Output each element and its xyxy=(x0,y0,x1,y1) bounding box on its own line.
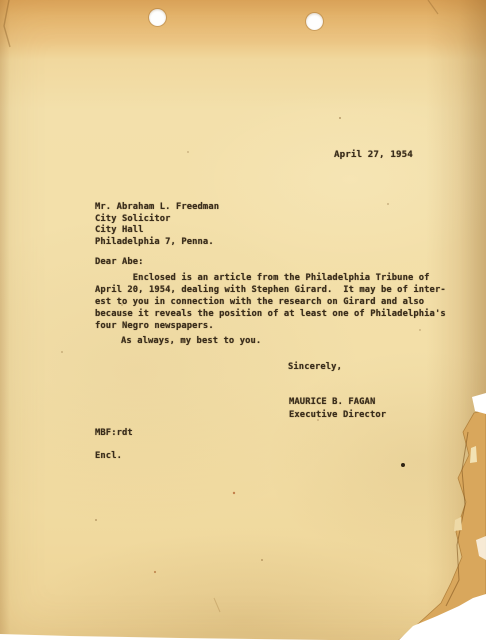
paper-speck xyxy=(339,117,341,119)
paper-speck xyxy=(261,559,263,561)
paper-speck xyxy=(154,571,156,573)
signature-title: Executive Director xyxy=(289,409,386,421)
paper-speck xyxy=(233,492,235,494)
punch-hole-left xyxy=(149,9,166,26)
letter-date: April 27, 1954 xyxy=(334,149,413,161)
paper-speck xyxy=(187,151,189,153)
paper-speck xyxy=(95,519,97,521)
enclosure-note: Encl. xyxy=(95,450,122,462)
valediction: Sincerely, xyxy=(288,361,342,373)
scan-edge-shadow-left xyxy=(0,0,10,640)
typist-initials: MBF:rdt xyxy=(95,427,133,439)
closing-line: As always, my best to you. xyxy=(121,335,261,347)
recipient-address-block: Mr. Abraham L. Freedman City Solicitor C… xyxy=(95,202,219,248)
signature-name: MAURICE B. FAGAN xyxy=(289,397,375,409)
salutation: Dear Abe: xyxy=(95,256,144,268)
punch-hole-right xyxy=(306,13,323,30)
letter-body-paragraph: Enclosed is an article from the Philadel… xyxy=(95,272,446,332)
letter-page: April 27, 1954 Mr. Abraham L. Freedman C… xyxy=(0,0,486,640)
paper-speck xyxy=(61,351,63,353)
bottom-edge-white-left xyxy=(0,634,330,640)
paper-speck xyxy=(387,203,389,205)
ink-dot xyxy=(401,463,405,467)
crease-bottom-mid xyxy=(214,598,220,612)
